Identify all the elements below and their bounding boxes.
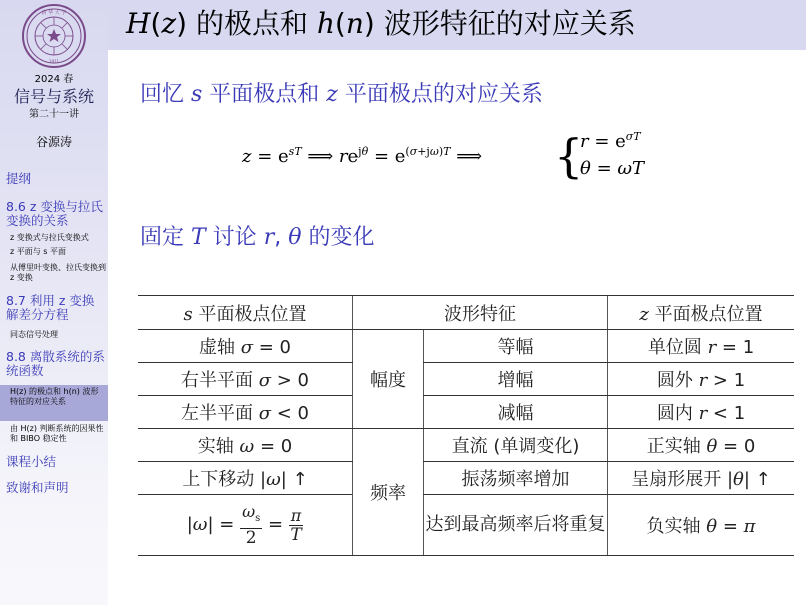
sidebar: 清 华 大 学 1911 2024 春 信号与系统 第二十一讲 谷源涛 提纲 8… [0, 0, 108, 605]
nav-section-8-6[interactable]: 8.6 z 变换与拉氏变换的关系 [6, 200, 106, 228]
nav-sub-homomorphic[interactable]: 同态信号处理 [10, 330, 106, 340]
equation-mapping: z = esT ⟹ rejθ = e(σ+jω)T ⟹ { r = eσT θ … [242, 128, 682, 190]
header-z-plane: z 平面极点位置 [608, 296, 795, 330]
nav-sub-fourier-to-z[interactable]: 从傅里叶变换、拉氏变换到 z 变换 [10, 263, 106, 283]
nav-sub-z-s-plane[interactable]: z 平面与 s 平面 [10, 247, 106, 257]
cell-s: 上下移动 |ω| ↑ [138, 462, 353, 495]
semester-label: 2024 春 [0, 70, 108, 85]
cell-s: 右半平面 σ > 0 [138, 363, 353, 396]
cell-wave: 达到最高频率后将重复 [424, 495, 608, 556]
cell-wave: 增幅 [424, 363, 608, 396]
nav-section-acknowledgements[interactable]: 致谢和声明 [6, 481, 106, 495]
cell-s: 虚轴 σ = 0 [138, 330, 353, 363]
group-amplitude: 幅度 [353, 330, 424, 429]
table-row: 上下移动 |ω| ↑ 振荡频率增加 呈扇形展开 |θ| ↑ [138, 462, 794, 495]
nav-section-8-7[interactable]: 8.7 利用 z 变换解差分方程 [6, 294, 106, 322]
cell-wave: 直流 (单调变化) [424, 429, 608, 462]
cell-wave: 减幅 [424, 396, 608, 429]
table-row: 实轴 ω = 0 频率 直流 (单调变化) 正实轴 θ = 0 [138, 429, 794, 462]
cell-s: |ω| = ωs2 = πT [138, 495, 353, 556]
slide-title: H(z) 的极点和 h(n) 波形特征的对应关系 [126, 6, 636, 42]
svg-text:清 华 大 学: 清 华 大 学 [42, 9, 67, 16]
nav-section-summary[interactable]: 课程小结 [6, 455, 106, 469]
pole-mapping-table: s 平面极点位置 波形特征 z 平面极点位置 虚轴 σ = 0 幅度 等幅 单位… [138, 295, 794, 556]
nav-section-8-8[interactable]: 8.8 离散系统的系统函数 [6, 350, 106, 378]
cell-z: 正实轴 θ = 0 [608, 429, 795, 462]
cell-z: 单位圆 r = 1 [608, 330, 795, 363]
author-name: 谷源涛 [0, 133, 108, 150]
heading-recall: 回忆 s 平面极点和 z 平面极点的对应关系 [140, 77, 543, 108]
table-header-row: s 平面极点位置 波形特征 z 平面极点位置 [138, 296, 794, 330]
cell-s: 左半平面 σ < 0 [138, 396, 353, 429]
nav-active-item[interactable]: H(z) 的极点和 h(n) 波形特征的对应关系 [0, 385, 108, 421]
cell-z: 负实轴 θ = π [608, 495, 795, 556]
nav-sub-poles-waveform[interactable]: H(z) 的极点和 h(n) 波形特征的对应关系 [10, 387, 106, 407]
cell-wave: 振荡频率增加 [424, 462, 608, 495]
group-frequency: 频率 [353, 429, 424, 556]
nav-sub-z-laplace-formula[interactable]: z 变换式与拉氏变换式 [10, 233, 106, 243]
heading-fixed-t: 固定 T 讨论 r, θ 的变化 [140, 220, 374, 251]
cell-wave: 等幅 [424, 330, 608, 363]
university-seal-icon: 清 华 大 学 1911 [21, 3, 87, 69]
cell-s: 实轴 ω = 0 [138, 429, 353, 462]
lecture-number: 第二十一讲 [0, 105, 108, 120]
nav-outline[interactable]: 提纲 [6, 172, 106, 186]
cell-z: 圆内 r < 1 [608, 396, 795, 429]
table-row: 右半平面 σ > 0 增幅 圆外 r > 1 [138, 363, 794, 396]
cell-z: 圆外 r > 1 [608, 363, 795, 396]
table-row: 左半平面 σ < 0 减幅 圆内 r < 1 [138, 396, 794, 429]
course-title: 信号与系统 [0, 84, 108, 107]
header-waveform: 波形特征 [353, 296, 608, 330]
table-row: |ω| = ωs2 = πT 达到最高频率后将重复 负实轴 θ = π [138, 495, 794, 556]
header-s-plane: s 平面极点位置 [138, 296, 353, 330]
svg-text:1911: 1911 [49, 59, 60, 64]
table-row: 虚轴 σ = 0 幅度 等幅 单位圆 r = 1 [138, 330, 794, 363]
nav-sub-causality-bibo[interactable]: 由 H(z) 判断系统的因果性和 BIBO 稳定性 [10, 424, 106, 444]
cell-z: 呈扇形展开 |θ| ↑ [608, 462, 795, 495]
